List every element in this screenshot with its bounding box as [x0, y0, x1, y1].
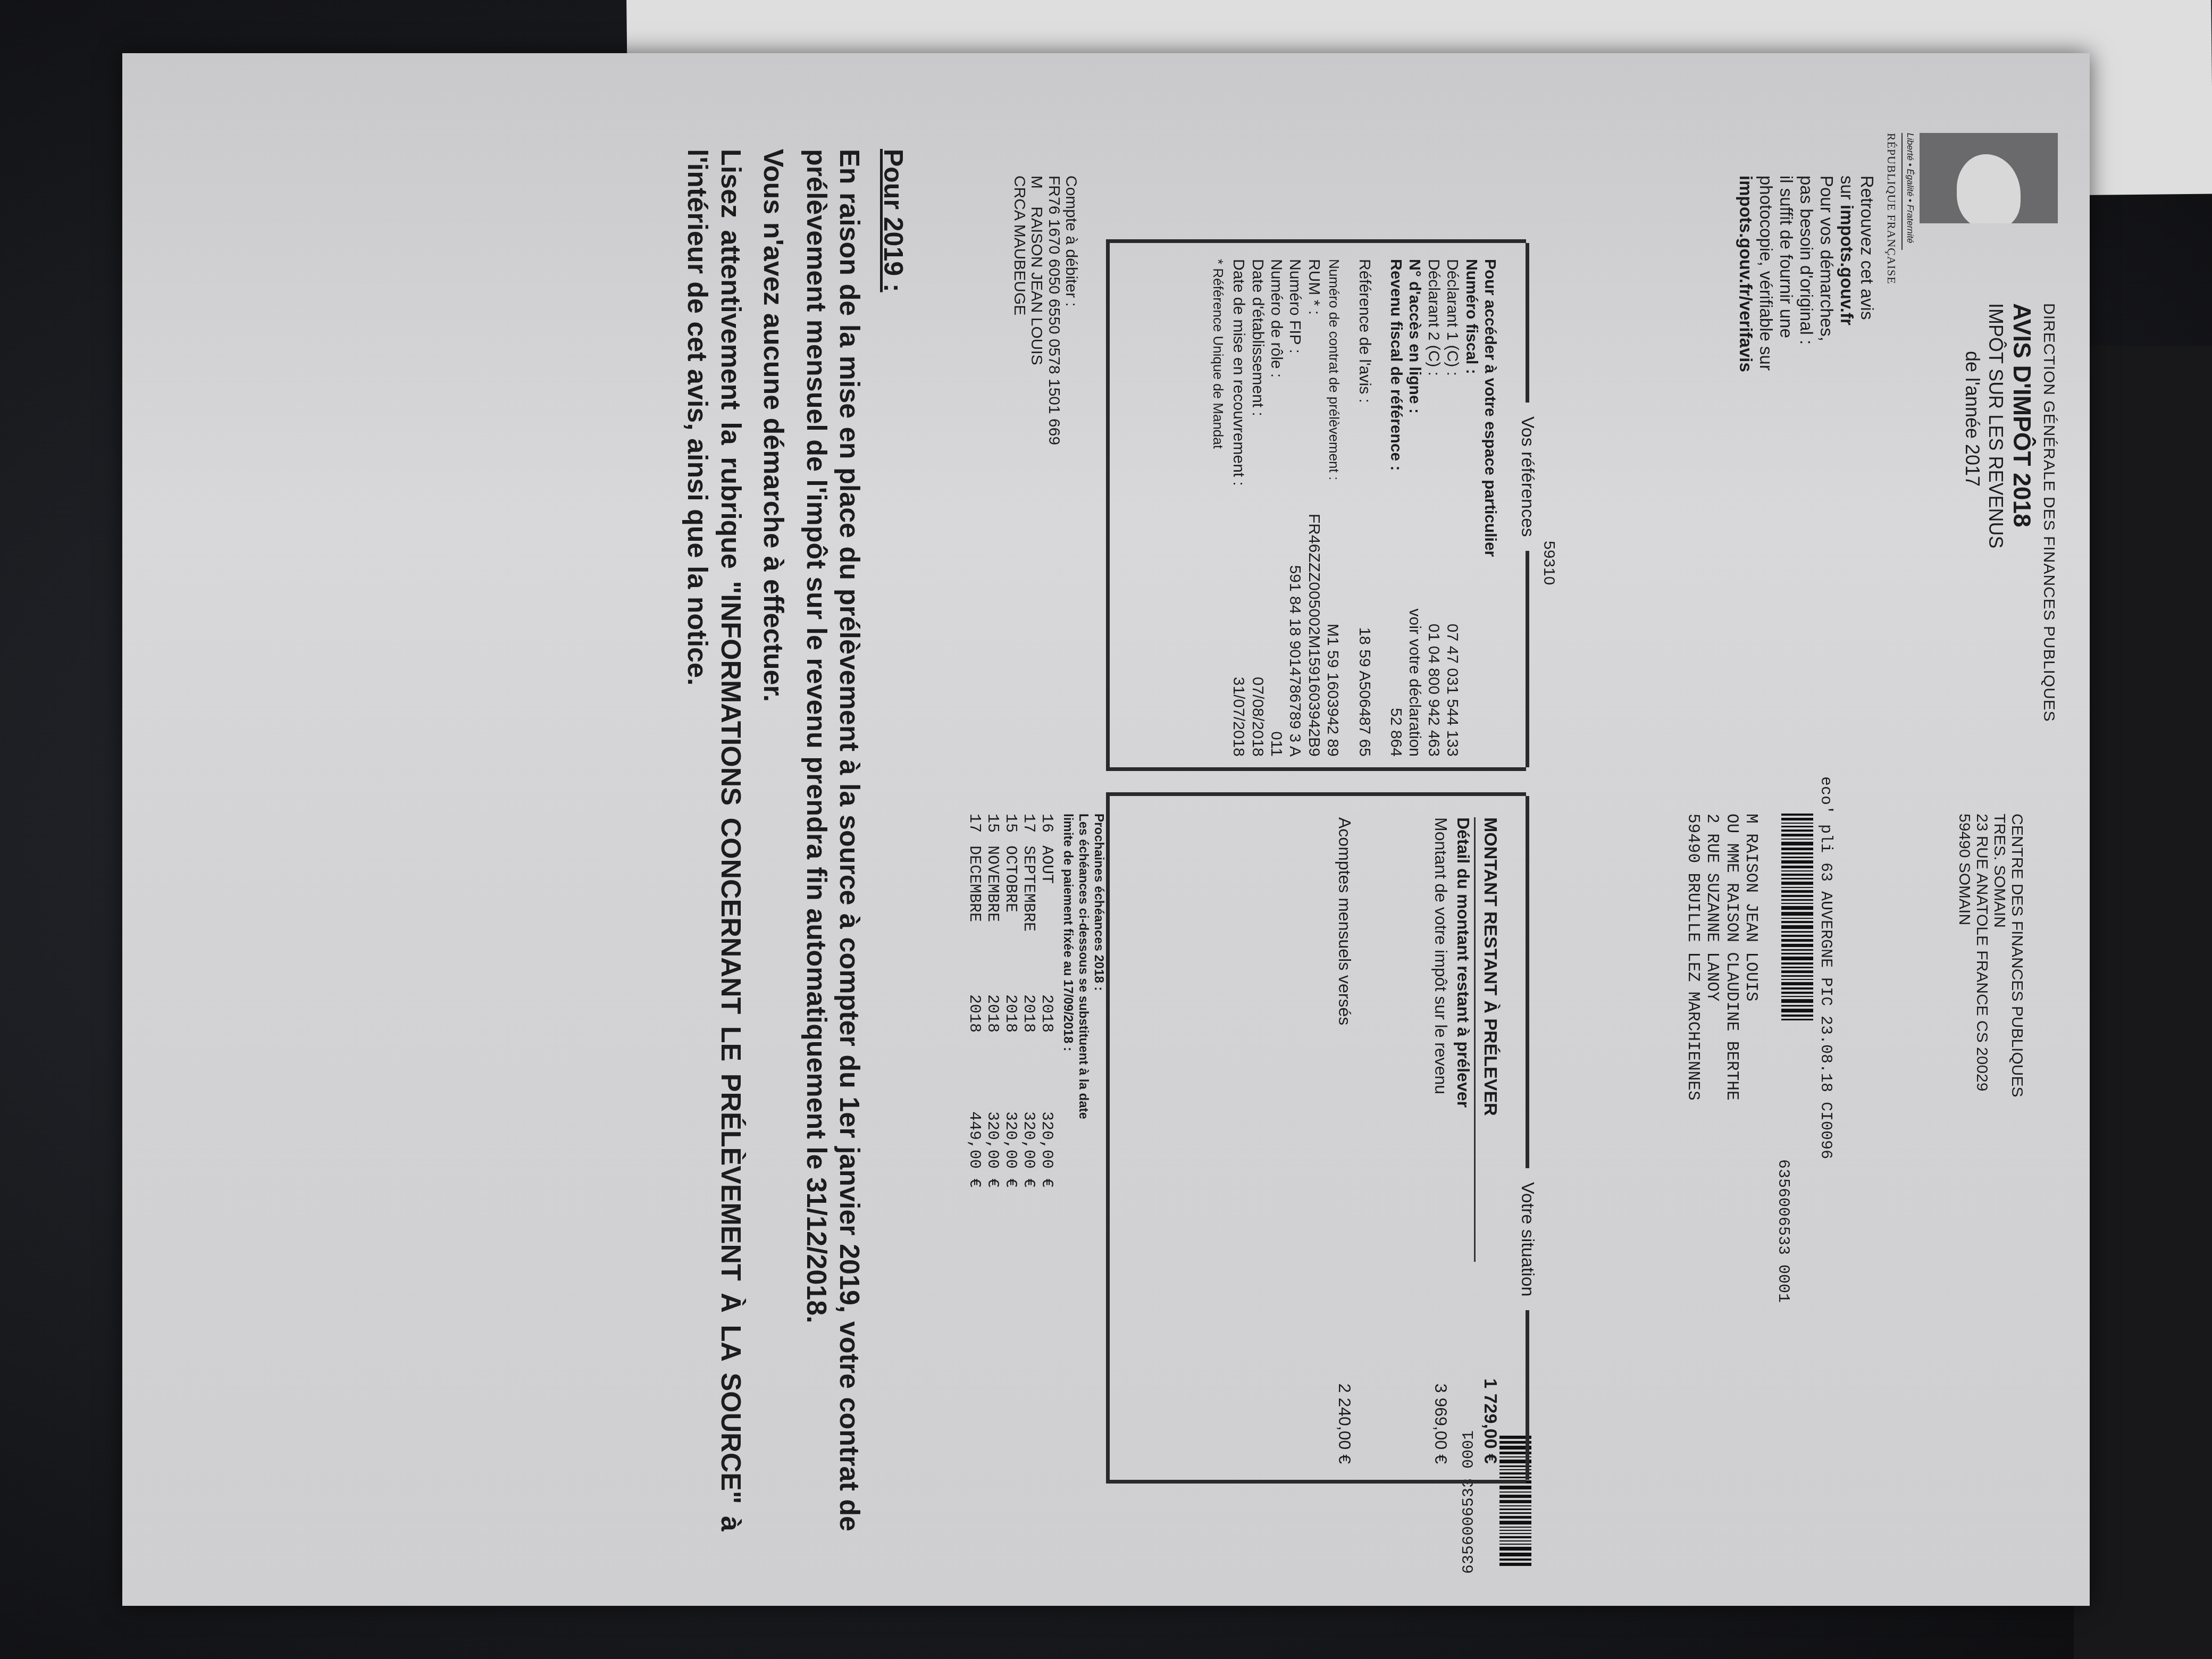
- acomptes-value: 2 240,00 €: [1333, 1384, 1355, 1464]
- schedule-row: 17SEPTEMBRE2018320,00 €: [1019, 814, 1037, 1558]
- schedule-day: 15: [1001, 814, 1019, 845]
- pour-2019-section: Pour 2019 : En raison de la mise en plac…: [671, 149, 909, 1531]
- references-box: Vos références 59310 Pour accéder à votr…: [1106, 239, 1526, 771]
- schedule-row: 17DECEMBRE2018449,00 €: [965, 814, 983, 1558]
- detail-heading: Détail du montant restant à prélever: [1452, 817, 1474, 1464]
- schedule-year: 2018: [1001, 994, 1019, 1111]
- recouvrement-label: Date de mise en recouvrement :: [1229, 259, 1248, 486]
- declarant2-value: 01 04 800 942 463: [1424, 624, 1443, 757]
- rfr-label: Revenu fiscal de référence :: [1387, 259, 1405, 471]
- etablissement-row: Date d'établissement :07/08/2018: [1248, 259, 1267, 757]
- schedule-month: AOUT: [1037, 845, 1055, 994]
- schedule-amount: 449,00 €: [965, 1111, 983, 1218]
- pour-2019-paragraph: Lisez attentivement la rubrique "INFORMA…: [681, 149, 747, 1531]
- schedule-row: 16AOUT2018320,00 €: [1037, 814, 1055, 1558]
- iban: FR76 1670 6050 6550 0578 1501 669: [1045, 175, 1062, 445]
- fip-value: 591 84 18 9014786789 3 A: [1286, 565, 1304, 757]
- marianne-icon: [1920, 133, 2058, 223]
- recouvrement-value: 31/07/2018: [1229, 677, 1248, 757]
- contrat-label: Numéro de contrat de prélèvement :: [1323, 259, 1342, 480]
- ref-avis-value: 18 59 A506487 65: [1355, 627, 1373, 757]
- account-holder: M RAISON JEAN LOUIS: [1028, 175, 1045, 445]
- situation-title: Votre situation: [1517, 1168, 1538, 1310]
- fip-label: Numéro FIP :: [1286, 259, 1304, 354]
- schedule-note: Les échéances ci-dessous se substituent …: [1060, 814, 1091, 1154]
- notice-title-block: DIRECTION GÉNÉRALE DES FINANCES PUBLIQUE…: [1961, 303, 2058, 782]
- pour-2019-heading: Pour 2019 :: [877, 149, 909, 1531]
- rfr-value: 52 864: [1387, 708, 1405, 757]
- sender-address: CENTRE DES FINANCES PUBLIQUES TRES. SOMA…: [1956, 814, 2026, 1345]
- impots-gouv-link[interactable]: impots.gouv.fr: [1837, 205, 1857, 325]
- address-barcode: [1781, 814, 1813, 1079]
- schedule-day: 15: [983, 814, 1001, 845]
- declarant1-label: Déclarant 1 (C) :: [1443, 259, 1462, 376]
- situation-box: Votre situation MONTANT RESTANT À PRÉLEV…: [1106, 792, 1526, 1484]
- impot-label: Montant de votre impôt sur le revenu: [1430, 817, 1452, 1094]
- etablissement-label: Date d'établissement :: [1248, 259, 1267, 416]
- postal-routing-line: eco' pli 63 AUVERGNE PIC 23.08.18 CI0096: [1816, 776, 1834, 1159]
- ref-avis-row: Référence de l'avis :18 59 A506487 65: [1355, 259, 1373, 757]
- notice-title: AVIS D'IMPÔT 2018: [2008, 303, 2037, 782]
- acces-row: N° d'accès en ligne :voir votre déclarat…: [1405, 259, 1424, 757]
- sender-line: 23 RUE ANATOLE FRANCE CS 20029: [1973, 814, 1991, 1345]
- rum-value: FR46ZZZ005002M1591603942B9: [1304, 514, 1323, 757]
- schedule-table: 16AOUT2018320,00 €17SEPTEMBRE2018320,00 …: [965, 814, 1054, 1558]
- fip-row: Numéro FIP :591 84 18 9014786789 3 A: [1286, 259, 1304, 757]
- role-value: 011: [1267, 731, 1286, 757]
- numero-fiscal-label: Numéro fiscal :: [1462, 259, 1480, 757]
- references-intro: Pour accéder à votre espace particulier: [1481, 259, 1499, 757]
- role-row: Numéro de rôle :011: [1267, 259, 1286, 757]
- online-info-line: photocopie, vérifiable sur: [1756, 175, 1776, 441]
- acces-value: voir votre déclaration: [1405, 609, 1424, 757]
- online-info-line: pas besoin d'original :: [1796, 175, 1816, 441]
- schedule-day: 17: [965, 814, 983, 845]
- pour-2019-paragraph: En raison de la mise en place du prélève…: [799, 149, 866, 1531]
- schedule-amount: 320,00 €: [1019, 1111, 1037, 1218]
- debit-account-label: Compte à débiter :: [1062, 175, 1079, 445]
- schedule-month: OCTOBRE: [1001, 845, 1019, 994]
- schedule-block: Prochaines échéances 2018 : Les échéance…: [965, 814, 1106, 1558]
- etablissement-value: 07/08/2018: [1248, 677, 1267, 757]
- schedule-amount: 320,00 €: [1001, 1111, 1019, 1218]
- schedule-day: 16: [1037, 814, 1055, 845]
- online-info-block: Retrouvez cet avis sur impots.gouv.fr Po…: [1736, 175, 1877, 441]
- impot-row: Montant de votre impôt sur le revenu3 96…: [1430, 817, 1452, 1464]
- schedule-month: DECEMBRE: [965, 845, 983, 994]
- notice-subtitle: IMPÔT SUR LES REVENUS: [1984, 303, 2007, 782]
- declarant1-value: 07 47 031 544 133: [1443, 624, 1462, 757]
- declarant2-label: Déclarant 2 (C) :: [1424, 259, 1443, 376]
- online-info-line: il suffit de fournir une: [1776, 175, 1796, 441]
- schedule-title: Prochaines échéances 2018 :: [1091, 814, 1106, 1558]
- recipient-address: M RAISON JEAN LOUIS OU MME RAISON CLAUDI…: [1683, 814, 1760, 1101]
- republique-francaise-logo: Liberté • Égalité • Fraternité RÉPUBLIQU…: [1884, 133, 2058, 250]
- acces-label: N° d'accès en ligne :: [1405, 259, 1424, 414]
- tax-notice-page: Liberté • Égalité • Fraternité RÉPUBLIQU…: [122, 53, 2090, 1606]
- amount-due-label: MONTANT RESTANT À PRÉLEVER: [1479, 817, 1502, 1116]
- schedule-month: NOVEMBRE: [983, 845, 1001, 994]
- notice-year: de l'année 2017: [1961, 303, 1983, 782]
- online-info-line: sur: [1837, 175, 1857, 205]
- declarant2-row: Déclarant 2 (C) :01 04 800 942 463: [1424, 259, 1443, 757]
- online-info-line: Retrouvez cet avis: [1857, 175, 1877, 441]
- acomptes-row: Acomptes mensuels versés2 240,00 €: [1333, 817, 1355, 1464]
- sender-line: TRES. SOMAIN: [1991, 814, 2008, 1345]
- references-title: Vos références: [1517, 403, 1538, 551]
- rfr-row: Revenu fiscal de référence :52 864: [1387, 259, 1405, 757]
- online-info-line: Pour vos démarches,: [1816, 175, 1837, 441]
- schedule-amount: 320,00 €: [983, 1111, 1001, 1218]
- contrat-row: Numéro de contrat de prélèvement :M1 59 …: [1323, 259, 1342, 757]
- rum-row: RUM * :FR46ZZZ005002M1591603942B9: [1304, 259, 1323, 757]
- verifavis-link[interactable]: impots.gouv.fr/verifavis: [1736, 175, 1756, 372]
- amount-due-row: MONTANT RESTANT À PRÉLEVER1 729,00 €: [1474, 817, 1502, 1262]
- schedule-row: 15NOVEMBRE2018320,00 €: [983, 814, 1001, 1558]
- acomptes-label: Acomptes mensuels versés: [1333, 817, 1355, 1025]
- ref-avis-label: Référence de l'avis :: [1355, 259, 1373, 403]
- impot-value: 3 969,00 €: [1430, 1384, 1452, 1464]
- schedule-amount: 320,00 €: [1037, 1111, 1055, 1218]
- rum-footnote: * Référence Unique de Mandat: [1210, 259, 1226, 757]
- role-label: Numéro de rôle :: [1267, 259, 1286, 378]
- schedule-year: 2018: [1019, 994, 1037, 1111]
- postal-code: 59310: [1540, 541, 1558, 585]
- pour-2019-paragraph: Vous n'avez aucune démarche à effectuer.: [757, 149, 790, 1531]
- sender-line: 59490 SOMAIN: [1956, 814, 1973, 1345]
- recouvrement-row: Date de mise en recouvrement :31/07/2018: [1229, 259, 1248, 757]
- bank-name: CRCA MAUBEUGE: [1010, 175, 1027, 445]
- direction-label: DIRECTION GÉNÉRALE DES FINANCES PUBLIQUE…: [2040, 303, 2058, 782]
- contrat-value: M1 59 1603942 89: [1323, 624, 1342, 757]
- schedule-year: 2018: [983, 994, 1001, 1111]
- schedule-day: 17: [1019, 814, 1037, 845]
- dossier-number: 6356006533 0001: [1774, 1159, 1792, 1303]
- rum-label: RUM * :: [1304, 259, 1323, 315]
- background-dark-surface: [2074, 346, 2212, 1659]
- sender-line: CENTRE DES FINANCES PUBLIQUES: [2008, 814, 2026, 1345]
- debit-account-block: Compte à débiter : FR76 1670 6050 6550 0…: [1010, 175, 1079, 445]
- amount-due-value: 1 729,00 €: [1479, 1378, 1502, 1464]
- declarant1-row: Déclarant 1 (C) :07 47 031 544 133: [1443, 259, 1462, 757]
- logo-motto: Liberté • Égalité • Fraternité: [1901, 133, 1915, 250]
- schedule-row: 15OCTOBRE2018320,00 €: [1001, 814, 1019, 1558]
- schedule-year: 2018: [965, 994, 983, 1111]
- schedule-year: 2018: [1037, 994, 1055, 1111]
- logo-republique: RÉPUBLIQUE FRANÇAISE: [1884, 133, 1898, 250]
- schedule-month: SEPTEMBRE: [1019, 845, 1037, 994]
